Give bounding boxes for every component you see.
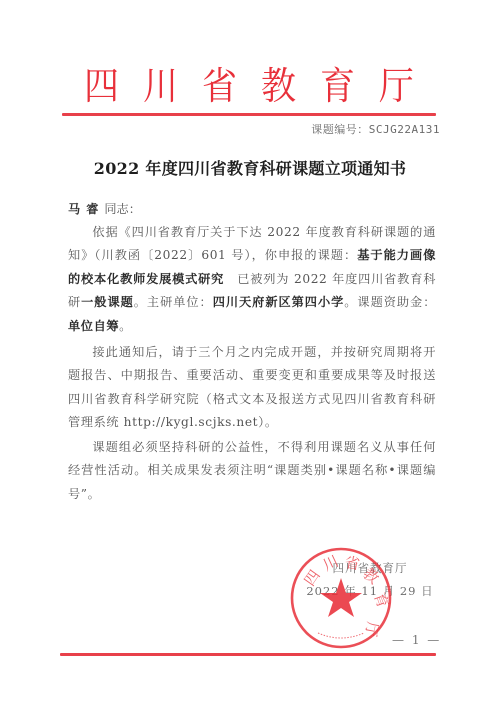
project-number-label: 课题编号： <box>311 123 369 136</box>
letterhead-char: 教 <box>261 57 296 111</box>
letterhead-char: 省 <box>202 57 237 111</box>
svg-text:四: 四 <box>301 567 324 590</box>
document-page: 四 川 省 教 育 厅 课题编号：SCJG22A131 2022 年度四川省教育… <box>0 0 500 709</box>
svg-text:省: 省 <box>343 553 361 573</box>
footer-divider <box>60 653 436 656</box>
recipient-name: 马睿 <box>68 202 104 216</box>
p1-text-3: 。主研单位： <box>134 295 213 309</box>
paragraph-public-welfare: 课题组必须坚持科研的公益性，不得利用课题名义从事任何经营性活动。相关成果发表须注… <box>68 436 436 506</box>
p1-text-5: 。 <box>119 319 132 333</box>
project-number-value: SCJG22A131 <box>369 123 440 136</box>
page-number: — 1 — <box>392 633 441 647</box>
salutation: 马睿同志： <box>68 200 141 217</box>
document-title: 2022 年度四川省教育科研课题立项通知书 <box>0 156 500 179</box>
agency-letterhead: 四 川 省 教 育 厅 <box>62 62 436 106</box>
p1-text-4: 。课题资助金： <box>344 295 436 309</box>
salutation-suffix: 同志： <box>104 202 141 216</box>
paragraph-approval: 依据《四川省教育厅关于下达 2022 年度教育科研课题的通知》（川教函〔2022… <box>68 221 436 338</box>
svg-text:厅: 厅 <box>361 620 381 638</box>
p2-text: 接此通知后，请于三个月之内完成开题，并按研究周期将开题报告、中期报告、重要活动、… <box>68 341 436 435</box>
official-seal-icon: 四 川 省 教 育 厅 <box>288 545 394 651</box>
research-unit: 四川天府新区第四小学 <box>213 295 345 309</box>
letterhead-char: 厅 <box>379 57 414 111</box>
letterhead-char: 四 <box>84 57 119 111</box>
svg-text:川: 川 <box>320 552 341 575</box>
letterhead-char: 川 <box>143 57 178 111</box>
letterhead-divider <box>62 113 436 116</box>
project-number: 课题编号：SCJG22A131 <box>311 121 440 137</box>
funding-source: 单位自筹 <box>68 319 119 333</box>
paragraph-requirements: 接此通知后，请于三个月之内完成开题，并按研究周期将开题报告、中期报告、重要活动、… <box>68 341 436 435</box>
project-category: 一般课题 <box>81 295 134 309</box>
p3-text: 课题组必须坚持科研的公益性，不得利用课题名义从事任何经营性活动。相关成果发表须注… <box>68 436 436 506</box>
letterhead-char: 育 <box>320 57 355 111</box>
